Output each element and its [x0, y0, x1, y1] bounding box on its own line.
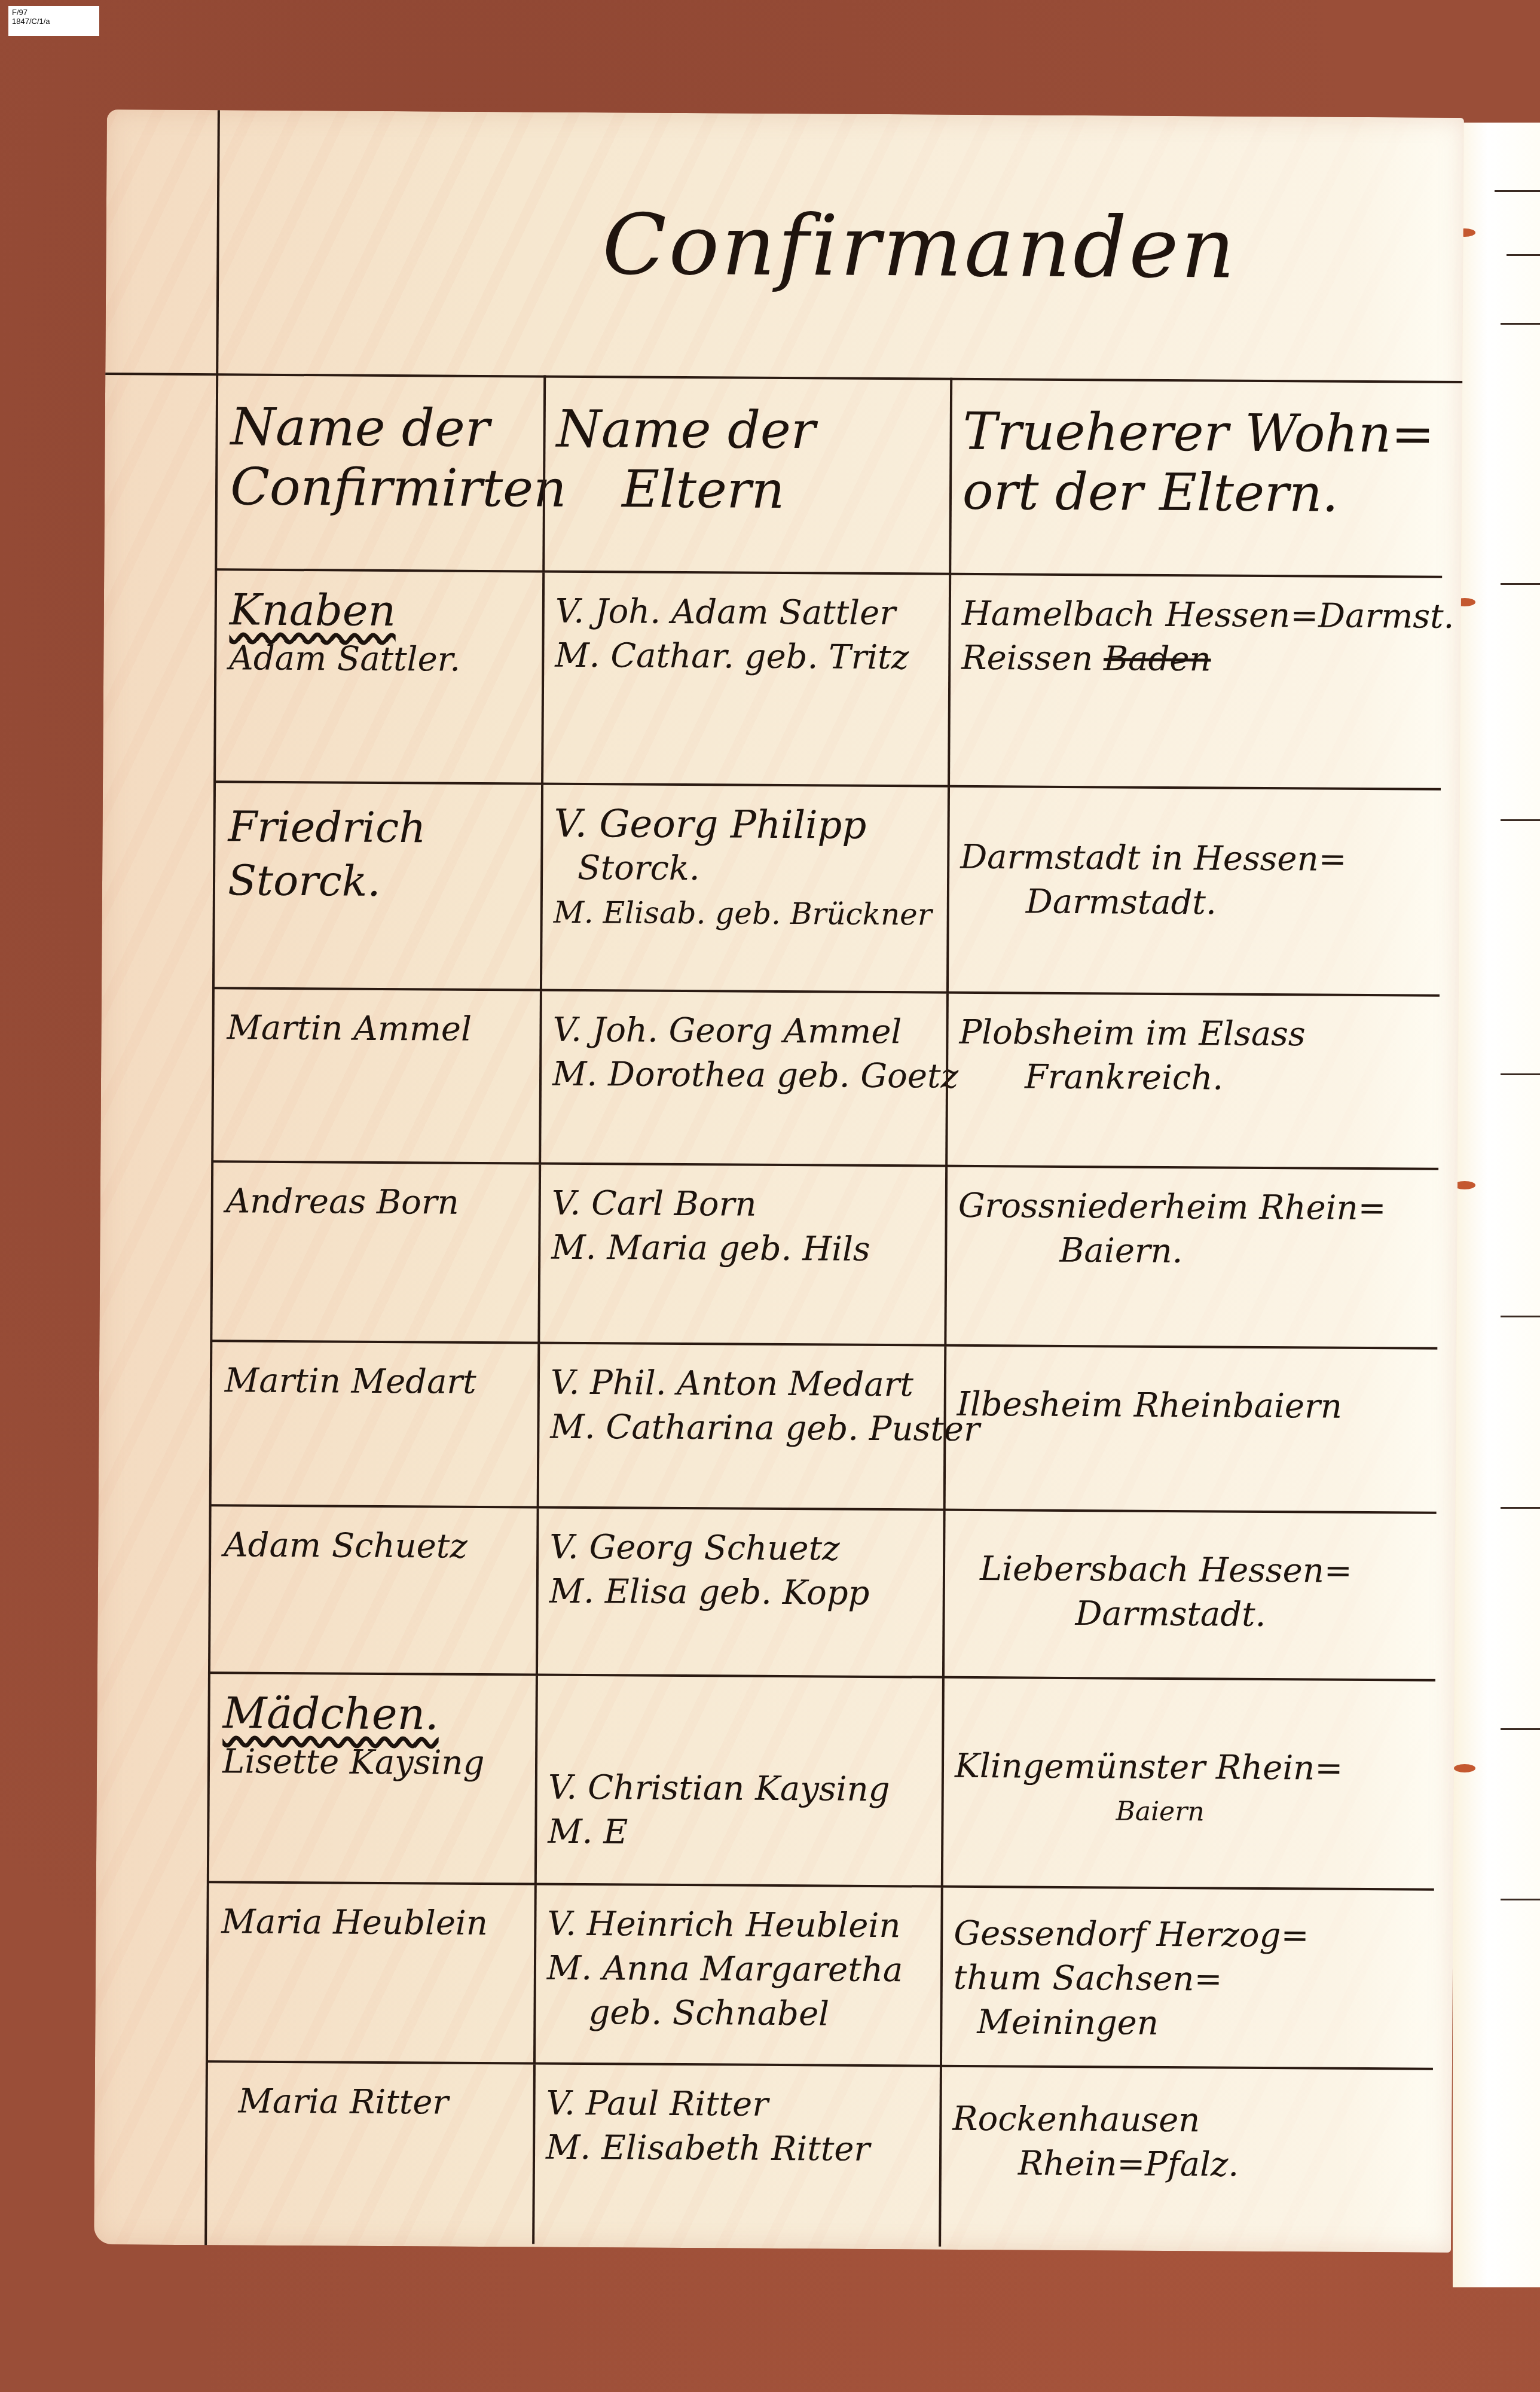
residence-cell: Klingemünster Rhein= Baiern — [941, 1679, 1435, 1891]
facing-page-edge — [1453, 123, 1540, 2287]
father-name: V. Phil. Anton Medart — [551, 1361, 931, 1408]
header-text: Trueherer Wohn= — [962, 402, 1430, 465]
mother-name: M. Dorothea geb. Goetz — [552, 1052, 933, 1099]
facing-page-ruling — [1501, 1073, 1540, 1075]
mother-name: M. E — [548, 1810, 928, 1857]
residence-cell: Grossniederheim Rhein= Baiern. — [944, 1167, 1438, 1350]
table-row: Martin Ammel V. Joh. Georg Ammel M. Doro… — [213, 989, 1440, 1170]
table-row: Maria Ritter V. Paul Ritter M. Elisabeth… — [206, 2063, 1433, 2250]
residence-line: Darmstadt. — [955, 1591, 1422, 1639]
residence-line: thum Sachsen= — [954, 1956, 1420, 2003]
residence-cell: Plobsheim im Elsass Frankreich. — [945, 994, 1440, 1170]
confirmand-name: Friedrich — [228, 800, 528, 855]
facing-page-ruling — [1501, 583, 1540, 585]
confirmand-cell: Knaben Adam Sattler. — [215, 570, 542, 785]
table-header-row: Name der Confirmirten Name der Eltern Tr… — [216, 373, 1443, 578]
father-name: V. Carl Born — [552, 1182, 932, 1228]
header-parents-name: Name der Eltern — [542, 376, 950, 575]
mother-name: M. Elisabeth Ritter — [546, 2126, 926, 2173]
archive-ref-line-2: 1847/C/1/a — [12, 17, 96, 26]
confirmand-name: Lisette Kaysing — [222, 1740, 522, 1786]
confirmand-name: Maria Heublein — [221, 1900, 521, 1946]
struck-word: Baden — [1104, 639, 1211, 679]
mother-name: M. Elisab. geb. Brückner — [554, 890, 934, 937]
residence-line: Gessendorf Herzog= — [954, 1912, 1420, 1959]
parents-cell: V. Joh. Adam Sattler M. Cathar. geb. Tri… — [541, 573, 949, 788]
table-row: Martin Medart V. Phil. Anton Medart M. C… — [211, 1342, 1438, 1514]
table-row: Mädchen. Lisette Kaysing V. Christian Ka… — [209, 1674, 1435, 1891]
residence-line: Baiern. — [958, 1228, 1425, 1276]
confirmand-name: Storck. — [228, 853, 528, 909]
confirmand-cell: Andreas Born — [212, 1163, 539, 1344]
table-row: Maria Heublein V. Heinrich Heublein M. A… — [207, 1883, 1434, 2070]
facing-page-ruling — [1507, 254, 1540, 256]
confirmand-cell: Maria Ritter — [206, 2063, 533, 2244]
facing-page-ruling — [1501, 1899, 1540, 1900]
confirmand-cell: Adam Schuetz — [210, 1506, 537, 1676]
confirmand-name: Maria Ritter — [220, 2079, 520, 2125]
residence-cell: Gessendorf Herzog= thum Sachsen= Meining… — [940, 1888, 1434, 2070]
confirmand-cell: Martin Medart — [211, 1342, 538, 1508]
mother-name: M. Maria geb. Hils — [551, 1226, 931, 1273]
confirmand-name: Martin Ammel — [227, 1006, 526, 1052]
residence-line: Liebersbach Hessen= — [956, 1547, 1423, 1594]
section-label-girls: Mädchen. — [222, 1691, 522, 1737]
header-text: Name der — [556, 399, 937, 462]
header-text: Name der — [230, 397, 530, 459]
residence-cell: Ilbesheim Rheinbaiern — [943, 1347, 1438, 1514]
binding-thread-mark — [1454, 1764, 1475, 1772]
residence-line: Plobsheim im Elsass — [959, 1011, 1426, 1058]
residence-line-struck: Reissen Baden — [961, 636, 1428, 684]
residence-line: Grossniederheim Rhein= — [958, 1184, 1425, 1231]
confirmand-cell: Friedrich Storck. — [214, 783, 541, 991]
table-row: Friedrich Storck. V. Georg Philipp Storc… — [214, 783, 1441, 997]
header-confirmand-name: Name der Confirmirten — [216, 373, 543, 572]
mother-name: M. Cathar. geb. Tritz — [555, 634, 935, 681]
residence-cell: Liebersbach Hessen= Darmstadt. — [942, 1511, 1437, 1682]
table-row: Andreas Born V. Carl Born M. Maria geb. … — [212, 1163, 1438, 1350]
residence-line: Hamelbach Hessen=Darmst. — [962, 592, 1429, 639]
table-row: Adam Schuetz V. Georg Schuetz M. Elisa g… — [210, 1506, 1437, 1682]
header-text: Confirmirten — [230, 457, 530, 518]
confirmand-name: Martin Medart — [225, 1359, 524, 1405]
facing-page-ruling — [1501, 1316, 1540, 1317]
mother-name: M. Elisa geb. Kopp — [549, 1570, 930, 1616]
confirmand-cell: Mädchen. Lisette Kaysing — [209, 1674, 536, 1885]
father-name: V. Georg Schuetz — [549, 1525, 930, 1572]
parents-cell: V. Georg Philipp Storck. M. Elisab. geb.… — [540, 785, 948, 994]
section-label-boys: Knaben — [230, 587, 529, 633]
facing-page-ruling — [1501, 819, 1540, 821]
page-title: Confirmanden — [602, 196, 1141, 297]
residence-line: Frankreich. — [959, 1055, 1426, 1102]
archive-reference-label: F/97 1847/C/1/a — [8, 6, 99, 36]
residence-line: Darmstadt in Hessen= — [960, 835, 1427, 883]
parents-cell: V. Heinrich Heublein M. Anna Margaretha … — [533, 1885, 941, 2067]
residence-line: Rockenhausen — [952, 2097, 1419, 2144]
father-name: V. Joh. Adam Sattler — [555, 590, 936, 636]
mother-name: M. Anna Margaretha — [547, 1946, 927, 1993]
manuscript-page: Confirmanden Name der Confirmirten Name … — [94, 109, 1464, 2253]
mother-maiden-name: geb. Schnabel — [546, 1991, 927, 2037]
parents-cell: V. Phil. Anton Medart M. Catharina geb. … — [537, 1344, 945, 1511]
facing-page-ruling — [1501, 1728, 1540, 1730]
residence-cell: Darmstadt in Hessen= Darmstadt. — [946, 788, 1441, 997]
father-name: V. Christian Kaysing — [548, 1766, 928, 1813]
header-former-residence: Trueherer Wohn= ort der Eltern. — [949, 378, 1443, 578]
father-name: V. Heinrich Heublein — [547, 1902, 927, 1949]
parents-cell: V. Joh. Georg Ammel M. Dorothea geb. Goe… — [539, 991, 946, 1167]
confirmand-name: Adam Sattler. — [229, 636, 528, 682]
confirmand-cell: Maria Heublein — [207, 1883, 534, 2064]
parents-cell: V. Christian Kaysing M. E — [534, 1676, 942, 1888]
facing-page-ruling — [1495, 190, 1540, 192]
residence-line: Baiern — [954, 1789, 1421, 1836]
residence-line: Klingemünster Rhein= — [955, 1744, 1422, 1792]
table-row: Knaben Adam Sattler. V. Joh. Adam Sattle… — [215, 570, 1442, 791]
father-name: V. Joh. Georg Ammel — [552, 1008, 933, 1055]
residence-line: Ilbesheim Rheinbaiern — [957, 1383, 1423, 1430]
archive-ref-line-1: F/97 — [12, 8, 96, 17]
facing-page-ruling — [1501, 323, 1540, 325]
confirmand-name: Adam Schuetz — [224, 1523, 523, 1569]
parents-cell: V. Carl Born M. Maria geb. Hils — [537, 1165, 945, 1347]
father-name: V. Georg Philipp — [554, 802, 934, 849]
register-table: Name der Confirmirten Name der Eltern Tr… — [206, 373, 1443, 2249]
facing-page-ruling — [1501, 1507, 1540, 1509]
confirmand-cell: Martin Ammel — [213, 989, 540, 1164]
residence-line: Darmstadt. — [960, 880, 1427, 927]
parents-cell: V. Paul Ritter M. Elisabeth Ritter — [532, 2065, 940, 2247]
residence-line: Meiningen — [953, 2000, 1420, 2048]
father-surname: Storck. — [554, 846, 934, 893]
parents-cell: V. Georg Schuetz M. Elisa geb. Kopp — [536, 1509, 943, 1679]
mother-name: M. Catharina geb. Puster — [550, 1405, 930, 1452]
residence-cell: Rockenhausen Rhein=Pfalz. — [939, 2067, 1433, 2250]
father-name: V. Paul Ritter — [546, 2082, 926, 2128]
residence-cell: Hamelbach Hessen=Darmst. Reissen Baden — [948, 575, 1442, 791]
header-text: ort der Eltern. — [962, 462, 1430, 524]
header-text: Eltern — [556, 459, 937, 521]
residence-line: Rhein=Pfalz. — [952, 2141, 1419, 2189]
confirmand-name: Andreas Born — [226, 1179, 525, 1225]
